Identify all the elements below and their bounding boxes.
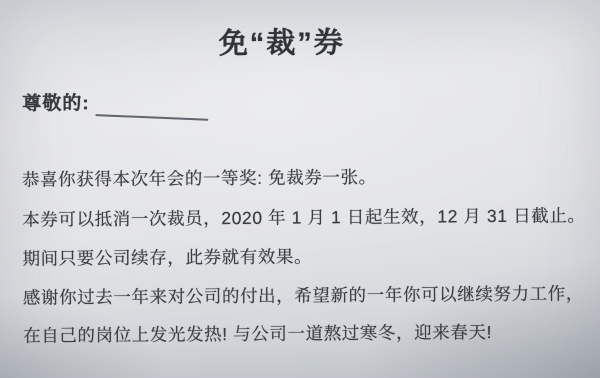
closing-line: 在自己的岗位上发光发热! 与公司一道熬过寒冬，迎来春天! — [23, 319, 492, 348]
paper-photo: 免“裁”券 尊敬的: 恭喜你获得本次年会的一等奖: 免裁券一张。 本券可以抵消一… — [0, 0, 600, 378]
coupon-title: 免“裁”券 — [0, 18, 565, 63]
coupon-document: 免“裁”券 尊敬的: 恭喜你获得本次年会的一等奖: 免裁券一张。 本券可以抵消一… — [0, 0, 600, 378]
prize-line: 恭喜你获得本次年会的一等奖: 免裁券一张。 — [22, 164, 377, 192]
condition-line: 期间只要公司续存，此券就有效果。 — [22, 243, 312, 270]
thanks-line: 感谢你过去一年来对公司的付出，希望新的一年你可以继续努力工作， — [23, 280, 584, 309]
validity-line: 本券可以抵消一次裁员，2020 年 1 月 1 日起生效，12 月 31 日截止… — [22, 202, 586, 231]
salutation-label: 尊敬的: — [22, 88, 90, 116]
name-blank-line — [95, 114, 208, 121]
